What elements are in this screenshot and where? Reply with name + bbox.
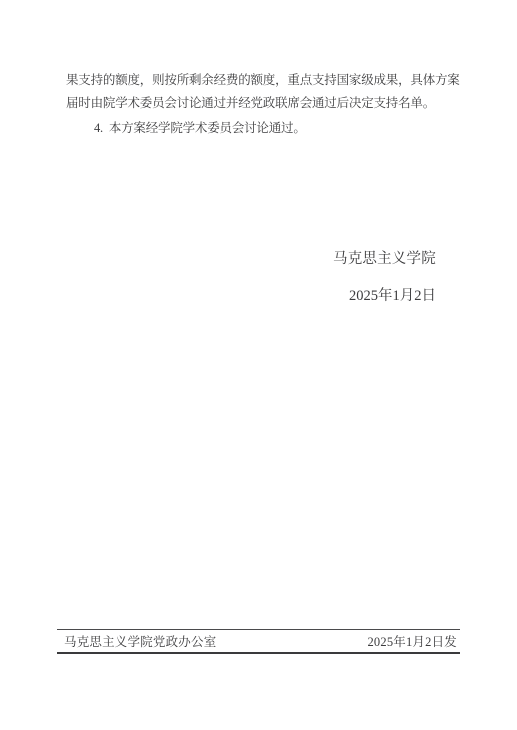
body-paragraph-line-1: 果支持的额度，则按所剩余经费的额度，重点支持国家级成果，具体方案 [66, 73, 462, 87]
body-paragraph-line-2: 届时由院学术委员会讨论通过并经党政联席会通过后决定支持名单。 [66, 96, 435, 110]
body-list-item-4: 4. 本方案经学院学术委员会讨论通过。 [94, 121, 306, 135]
signature-organization: 马克思主义学院 [333, 251, 436, 268]
colophon-issuer: 马克思主义学院党政办公室 [64, 632, 216, 650]
signature-date: 2025年1月2日 [349, 288, 436, 305]
colophon-issue-date: 2025年1月2日发 [367, 632, 457, 650]
document-page: 果支持的额度，则按所剩余经费的额度，重点支持国家级成果，具体方案 届时由院学术委… [0, 0, 517, 730]
colophon-rule-block: 马克思主义学院党政办公室 2025年1月2日发 [57, 629, 460, 654]
colophon-row: 马克思主义学院党政办公室 2025年1月2日发 [57, 630, 460, 652]
